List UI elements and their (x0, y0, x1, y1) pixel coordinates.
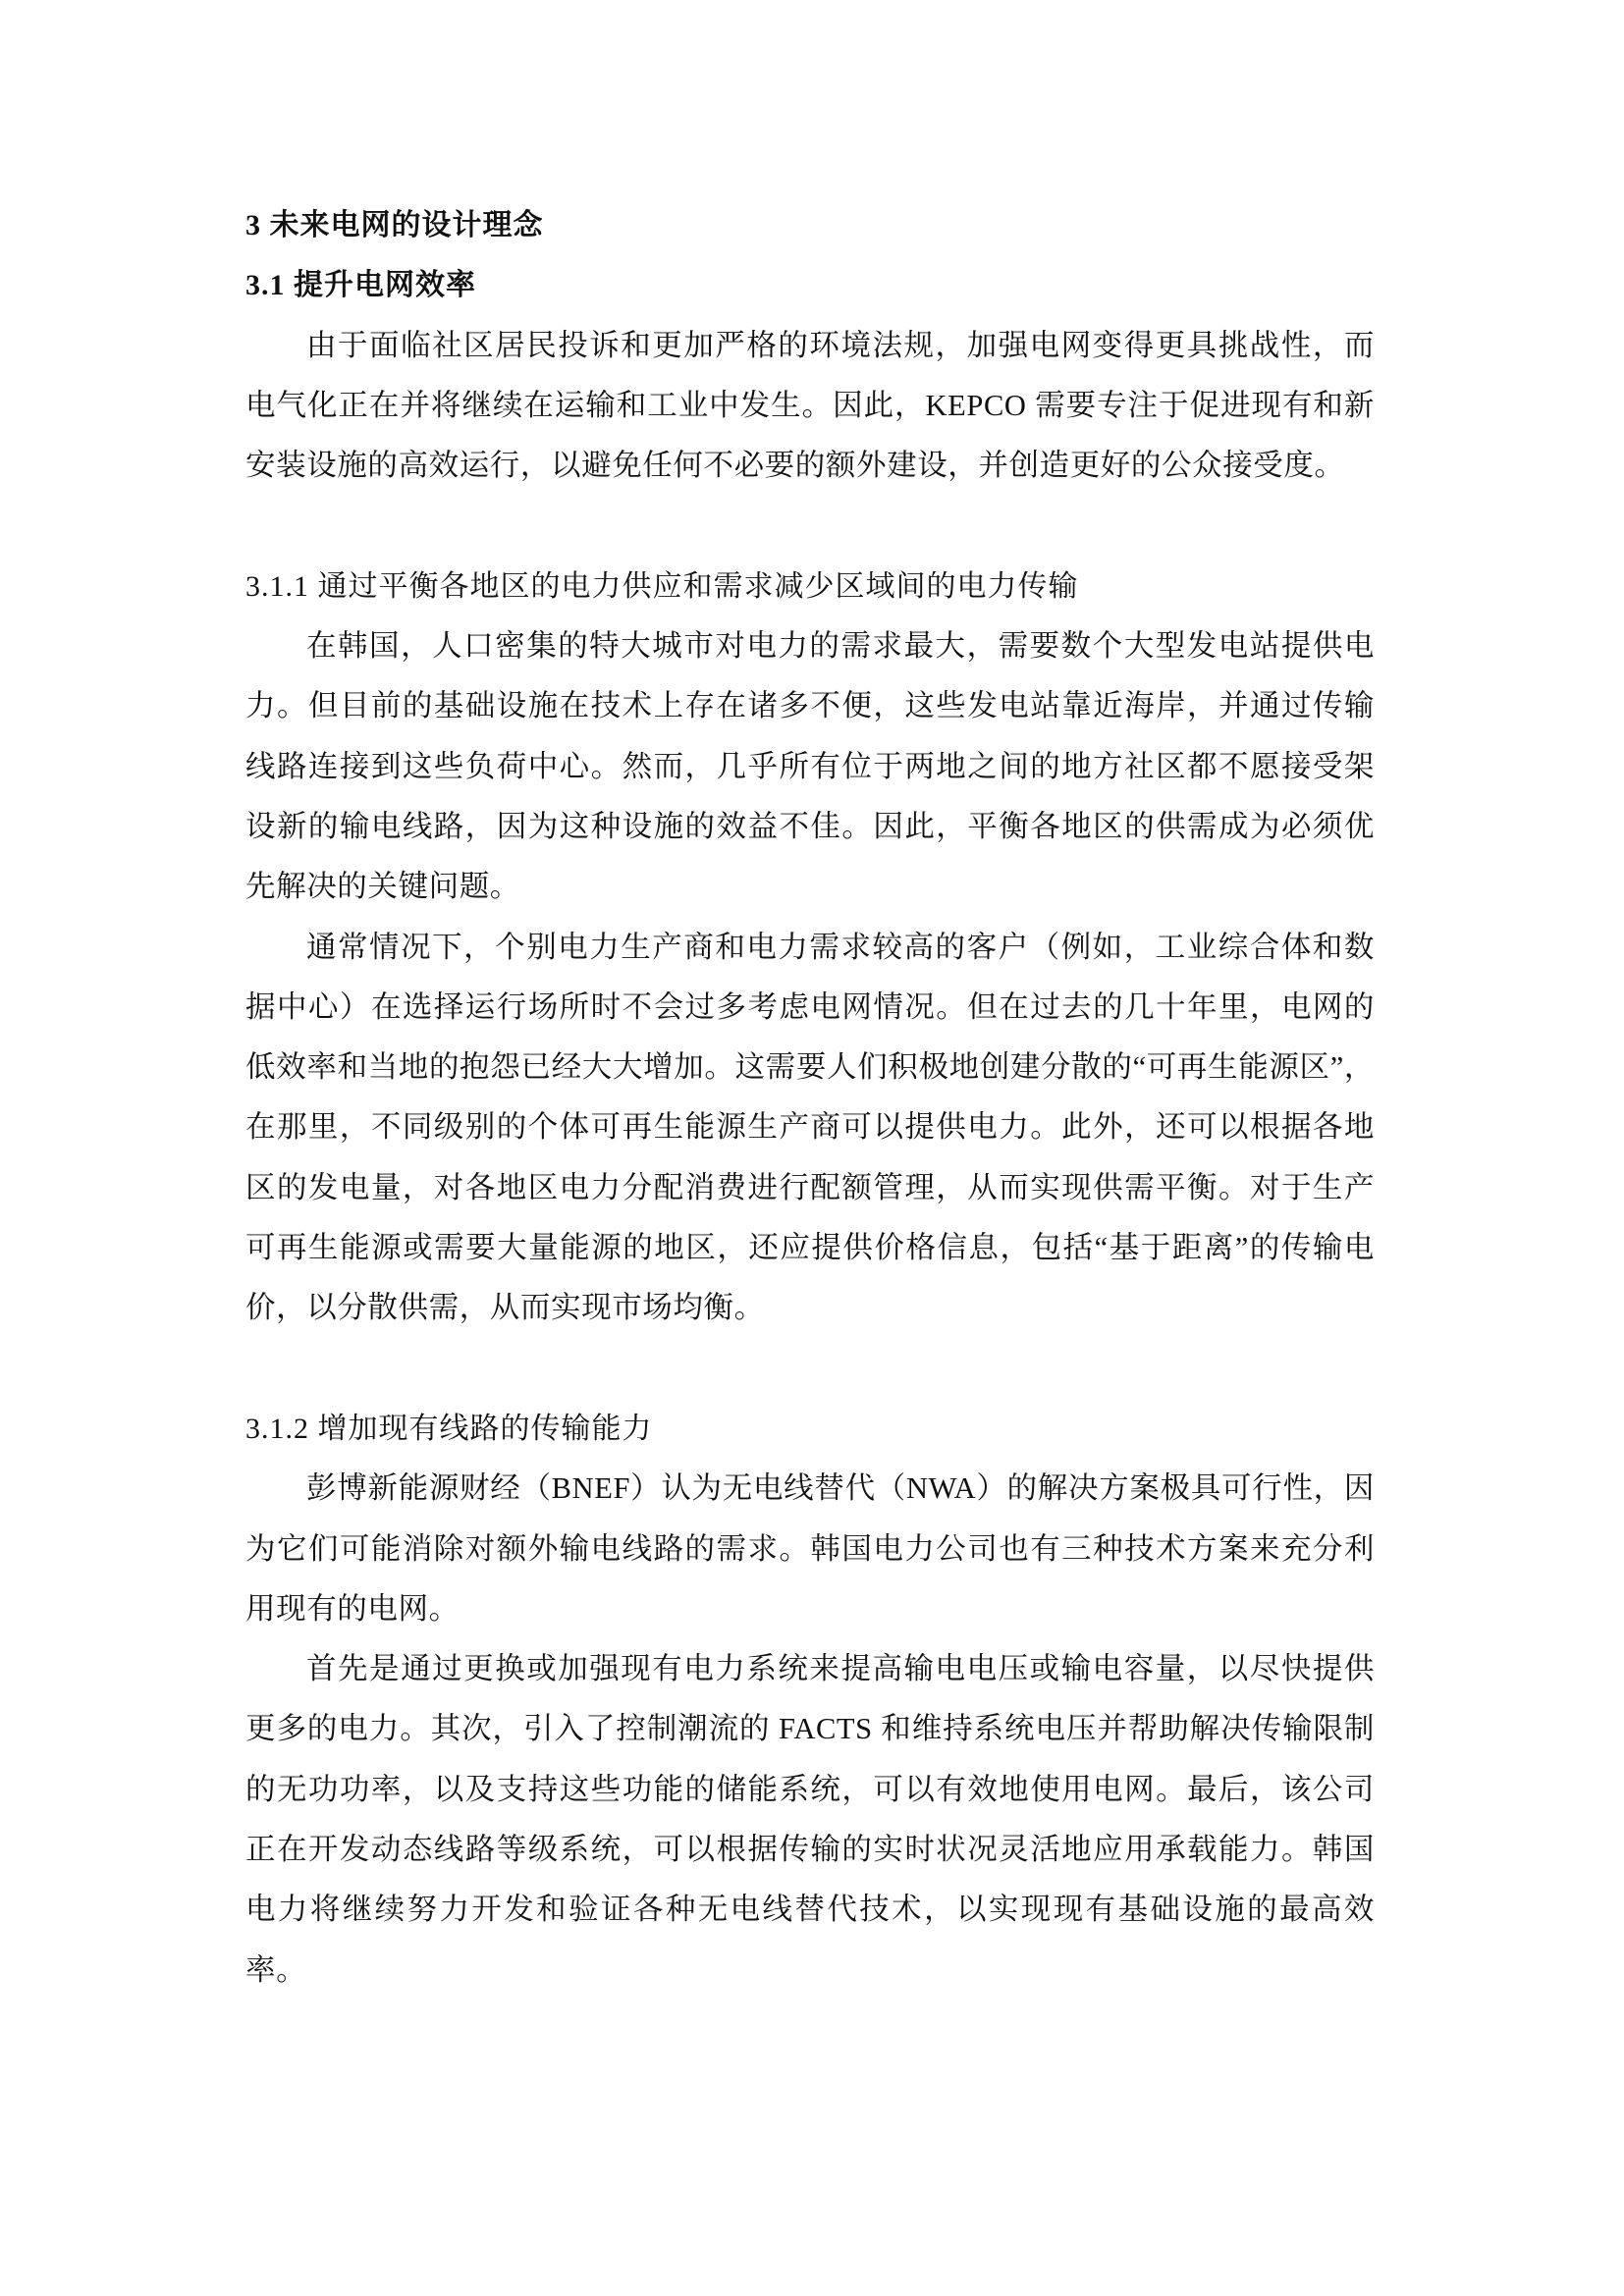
paragraph: 首先是通过更换或加强现有电力系统来提高输电电压或输电容量，以尽快提供更多的电力。… (245, 1639, 1375, 2001)
spacer (245, 1339, 1375, 1399)
spacer (245, 496, 1375, 556)
section-title: 3 未来电网的设计理念 (245, 195, 1375, 255)
paragraph: 通常情况下，个别电力生产商和电力需求较高的客户（例如，工业综合体和数据中心）在选… (245, 918, 1375, 1339)
document-page: 3 未来电网的设计理念 3.1 提升电网效率 由于面临社区居民投诉和更加严格的环… (245, 195, 1375, 2001)
part-title-3-1-2: 3.1.2 增加现有线路的传输能力 (245, 1399, 1375, 1459)
paragraph: 在韩国，人口密集的特大城市对电力的需求最大，需要数个大型发电站提供电力。但目前的… (245, 616, 1375, 917)
subsection-title: 3.1 提升电网效率 (245, 255, 1375, 315)
paragraph: 彭博新能源财经（BNEF）认为无电线替代（NWA）的解决方案极具可行性，因为它们… (245, 1459, 1375, 1639)
intro-paragraph: 由于面临社区居民投诉和更加严格的环境法规，加强电网变得更具挑战性，而电气化正在并… (245, 316, 1375, 497)
part-title-3-1-1: 3.1.1 通过平衡各地区的电力供应和需求减少区域间的电力传输 (245, 557, 1375, 616)
